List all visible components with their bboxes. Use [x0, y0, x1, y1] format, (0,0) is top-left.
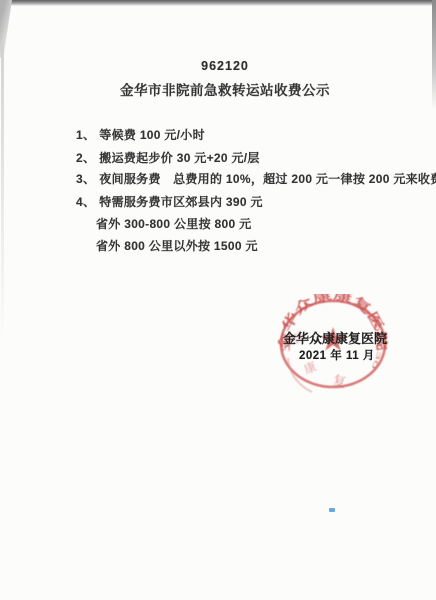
fee-item-special-service: 4、特需服务费市区郊县内 390 元	[76, 193, 263, 210]
scan-edge-top	[0, 0, 436, 6]
signature-date: 2021 年 11 月	[299, 347, 375, 363]
fee-subitem-out-province-300-800: 省外 300-800 公里按 800 元	[96, 215, 251, 232]
fee-item-number: 4、	[76, 195, 95, 209]
fee-item-number: 1、	[76, 128, 95, 142]
document-code: 962120	[14, 59, 436, 73]
scanned-document-page: 962120 金华市非院前急救转运站收费公示 1、等候费 100 元/小时 2、…	[0, 0, 436, 600]
document-title: 金华市非院前急救转运站收费公示	[14, 79, 436, 99]
fee-item-number: 2、	[76, 151, 95, 165]
fee-item-text: 等候费 100 元/小时	[99, 128, 205, 142]
fee-subitem-out-province-800plus: 省外 800 公里以外按 1500 元	[96, 237, 258, 254]
fee-item-text: 搬运费起步价 30 元+20 元/层	[99, 151, 259, 165]
hospital-name: 金华众康康复医院	[283, 328, 387, 347]
fee-item-night-service: 3、夜间服务费 总费用的 10%，超过 200 元一律按 200 元来收费	[76, 170, 436, 187]
fee-item-number: 3、	[76, 172, 95, 186]
fee-item-text: 特需服务费市区郊县内 390 元	[99, 195, 263, 209]
fee-item-waiting: 1、等候费 100 元/小时	[76, 126, 205, 143]
fee-item-carrying: 2、搬运费起步价 30 元+20 元/层	[76, 149, 260, 166]
scan-edge-left-line	[1, 40, 4, 340]
fee-item-text: 夜间服务费 总费用的 10%，超过 200 元一律按 200 元来收费	[99, 172, 436, 186]
seal-fragment-glyph: 复	[331, 372, 347, 390]
blue-ink-speck	[329, 508, 335, 512]
